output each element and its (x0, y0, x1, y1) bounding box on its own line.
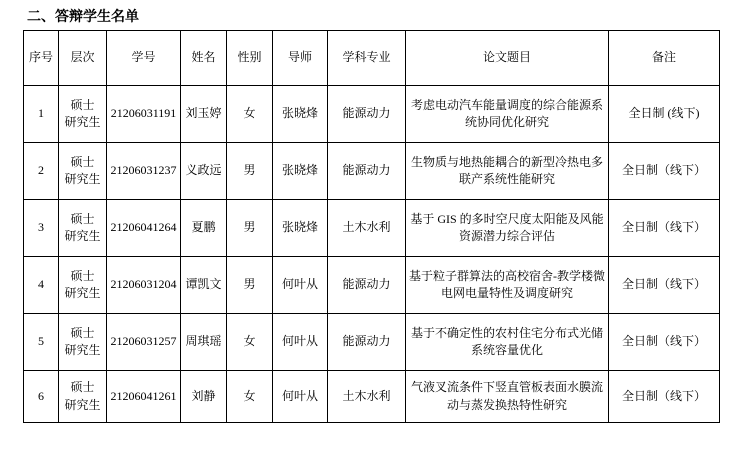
document-page: 二、答辩学生名单 序号 层次 学号 姓名 性别 导师 学科专业 论文题目 备注 (0, 0, 744, 459)
col-header-major: 学科专业 (328, 31, 406, 86)
cell-gender: 男 (227, 200, 273, 257)
cell-student-id: 21206041261 (107, 371, 181, 423)
table-row: 1 硕士 研究生 21206031191 刘玉婷 女 张晓烽 能源动力 考虑电动… (24, 86, 720, 143)
cell-remark: 全日制（线下） (609, 200, 720, 257)
col-header-remark: 备注 (609, 31, 720, 86)
cell-major: 能源动力 (328, 86, 406, 143)
cell-remark: 全日制 (线下) (609, 86, 720, 143)
cell-thesis-title: 考虑电动汽车能量调度的综合能源系统协同优化研究 (406, 86, 609, 143)
col-header-index: 序号 (24, 31, 59, 86)
table-row: 6 硕士 研究生 21206041261 刘静 女 何叶从 土木水利 气液叉流条… (24, 371, 720, 423)
col-header-level: 层次 (59, 31, 107, 86)
cell-remark: 全日制（线下） (609, 371, 720, 423)
cell-index: 3 (24, 200, 59, 257)
cell-level: 硕士 研究生 (59, 314, 107, 371)
cell-gender: 男 (227, 257, 273, 314)
cell-thesis-title: 基于粒子群算法的高校宿舍-教学楼微电网电量特性及调度研究 (406, 257, 609, 314)
cell-major: 土木水利 (328, 371, 406, 423)
cell-thesis-title: 基于不确定性的农村住宅分布式光储系统容量优化 (406, 314, 609, 371)
cell-advisor: 张晓烽 (273, 200, 328, 257)
cell-index: 1 (24, 86, 59, 143)
cell-name: 夏鹏 (181, 200, 227, 257)
cell-name: 义政远 (181, 143, 227, 200)
cell-gender: 女 (227, 314, 273, 371)
cell-level: 硕士 研究生 (59, 86, 107, 143)
cell-level: 硕士 研究生 (59, 143, 107, 200)
cell-index: 2 (24, 143, 59, 200)
cell-level: 硕士 研究生 (59, 371, 107, 423)
cell-name: 谭凯文 (181, 257, 227, 314)
table-row: 2 硕士 研究生 21206031237 义政远 男 张晓烽 能源动力 生物质与… (24, 143, 720, 200)
col-header-gender: 性别 (227, 31, 273, 86)
cell-student-id: 21206031257 (107, 314, 181, 371)
cell-gender: 女 (227, 371, 273, 423)
cell-name: 刘静 (181, 371, 227, 423)
cell-index: 5 (24, 314, 59, 371)
cell-student-id: 21206031191 (107, 86, 181, 143)
col-header-name: 姓名 (181, 31, 227, 86)
table-row: 4 硕士 研究生 21206031204 谭凯文 男 何叶从 能源动力 基于粒子… (24, 257, 720, 314)
cell-name: 周琪瑶 (181, 314, 227, 371)
cell-remark: 全日制（线下） (609, 143, 720, 200)
cell-advisor: 张晓烽 (273, 143, 328, 200)
cell-major: 能源动力 (328, 257, 406, 314)
col-header-thesis-title: 论文题目 (406, 31, 609, 86)
cell-student-id: 21206041264 (107, 200, 181, 257)
cell-student-id: 21206031204 (107, 257, 181, 314)
section-title: 二、答辩学生名单 (27, 6, 139, 26)
cell-name: 刘玉婷 (181, 86, 227, 143)
col-header-advisor: 导师 (273, 31, 328, 86)
cell-remark: 全日制（线下） (609, 257, 720, 314)
cell-remark: 全日制（线下） (609, 314, 720, 371)
cell-thesis-title: 生物质与地热能耦合的新型冷热电多联产系统性能研究 (406, 143, 609, 200)
cell-index: 4 (24, 257, 59, 314)
cell-advisor: 何叶从 (273, 314, 328, 371)
cell-advisor: 何叶从 (273, 371, 328, 423)
cell-advisor: 张晓烽 (273, 86, 328, 143)
table-row: 5 硕士 研究生 21206031257 周琪瑶 女 何叶从 能源动力 基于不确… (24, 314, 720, 371)
cell-major: 能源动力 (328, 143, 406, 200)
table-header-row: 序号 层次 学号 姓名 性别 导师 学科专业 论文题目 备注 (24, 31, 720, 86)
table-row: 3 硕士 研究生 21206041264 夏鹏 男 张晓烽 土木水利 基于 GI… (24, 200, 720, 257)
cell-index: 6 (24, 371, 59, 423)
col-header-student-id: 学号 (107, 31, 181, 86)
cell-student-id: 21206031237 (107, 143, 181, 200)
cell-level: 硕士 研究生 (59, 257, 107, 314)
cell-gender: 男 (227, 143, 273, 200)
cell-thesis-title: 基于 GIS 的多时空尺度太阳能及风能资源潜力综合评估 (406, 200, 609, 257)
defense-students-table: 序号 层次 学号 姓名 性别 导师 学科专业 论文题目 备注 1 硕士 研究生 … (23, 30, 720, 423)
cell-level: 硕士 研究生 (59, 200, 107, 257)
cell-gender: 女 (227, 86, 273, 143)
cell-major: 能源动力 (328, 314, 406, 371)
cell-thesis-title: 气液叉流条件下竖直管板表面水膜流动与蒸发换热特性研究 (406, 371, 609, 423)
cell-advisor: 何叶从 (273, 257, 328, 314)
cell-major: 土木水利 (328, 200, 406, 257)
